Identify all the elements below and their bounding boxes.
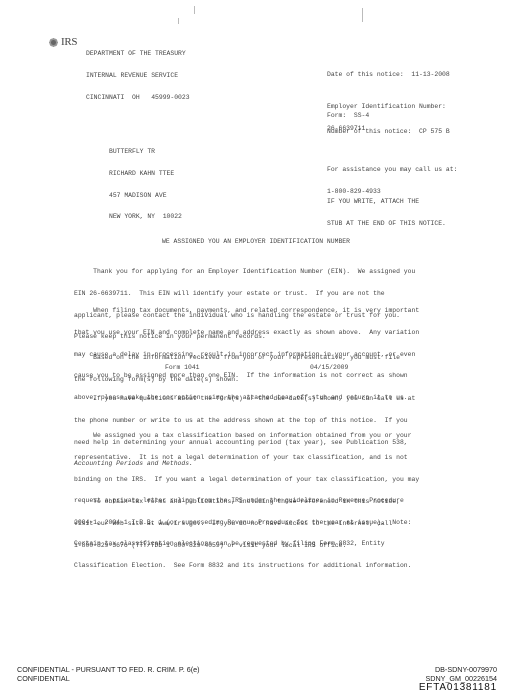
scan-artifact <box>194 6 195 14</box>
recipient-line: BUTTERFLY TR <box>109 148 182 155</box>
filing-form: Form 1041 <box>165 364 200 371</box>
efta-id: EFTA01381181 <box>419 683 497 692</box>
text-line: If you have questions about the form(s) … <box>74 395 494 402</box>
notice-date: Date of this notice: 11-13-2008 <box>327 71 450 78</box>
confidentiality-line: CONFIDENTIAL <box>17 674 200 683</box>
scan-artifact <box>362 8 363 22</box>
form-label: Form: <box>327 112 346 119</box>
write-instruction-line: IF YOU WRITE, ATTACH THE <box>327 198 446 205</box>
notice-date-label: Date of this notice: <box>327 71 404 78</box>
text-line: To obtain tax forms and publications, in… <box>74 498 494 505</box>
text-line: Classification Election. See Form 8832 a… <box>74 562 494 569</box>
agency-line: CINCINNATI OH 45999-0023 <box>86 94 190 101</box>
text-line: When filing tax documents, payments, and… <box>74 307 494 314</box>
irs-logo-text: IRS <box>61 36 77 48</box>
bates-footer: DB-SDNY-0079970 SDNY_GM_00226154 EFTA013… <box>419 665 497 692</box>
agency-line: INTERNAL REVENUE SERVICE <box>86 72 190 79</box>
text-line: 1-800-829-3676 (TTY/TDD 1-800-829-4059) … <box>74 542 494 549</box>
ein-label: Employer Identification Number: <box>327 103 446 110</box>
confidentiality-footer: CONFIDENTIAL - PURSUANT TO FED. R. CRIM.… <box>17 665 200 683</box>
write-instruction: IF YOU WRITE, ATTACH THE STUB AT THE END… <box>327 184 446 234</box>
eagle-seal-icon <box>48 38 59 47</box>
irs-logo: IRS <box>48 36 77 48</box>
filing-due-date: 04/15/2009 <box>310 364 348 371</box>
notice-number-label: Number of this notice: <box>327 128 411 135</box>
text-line: visit our Web site at www.irs.gov. If yo… <box>74 520 494 527</box>
write-instruction-line: STUB AT THE END OF THIS NOTICE. <box>327 220 446 227</box>
assistance-label: For assistance you may call us at: <box>327 166 457 173</box>
text-line: We assigned you a tax classification bas… <box>74 432 494 439</box>
recipient-line: RICHARD KAHN TTEE <box>109 170 182 177</box>
form-value: SS-4 <box>354 112 369 119</box>
recipient-address: BUTTERFLY TR RICHARD KAHN TTEE 457 MADIS… <box>109 134 182 228</box>
agency-address: DEPARTMENT OF THE TREASURY INTERNAL REVE… <box>86 36 190 108</box>
form-line: Form: SS-4 <box>327 112 369 119</box>
scan-artifact <box>178 18 179 24</box>
paragraph-tax-forms: To obtain tax forms and publications, in… <box>74 484 494 556</box>
confidentiality-line: CONFIDENTIAL - PURSUANT TO FED. R. CRIM.… <box>17 665 200 674</box>
text-line: representative. It is not a legal determ… <box>74 454 494 461</box>
bates-number: DB-SDNY-0079970 <box>419 665 497 674</box>
text-line: binding on the IRS. If you want a legal … <box>74 476 494 483</box>
notice-number-value: CP 575 B <box>419 128 450 135</box>
notice-heading: WE ASSIGNED YOU AN EMPLOYER IDENTIFICATI… <box>0 238 512 245</box>
notice-date-value: 11-13-2008 <box>411 71 449 78</box>
text-line: Thank you for applying for an Employer I… <box>74 268 494 275</box>
text-line: that you use your EIN and complete name … <box>74 329 494 336</box>
agency-line: DEPARTMENT OF THE TREASURY <box>86 50 190 57</box>
recipient-line: 457 MADISON AVE <box>109 192 182 199</box>
recipient-line: NEW YORK, NY 10022 <box>109 213 182 220</box>
text-line: Based on the information received from y… <box>74 354 494 361</box>
notice-number: Number of this notice: CP 575 B <box>327 128 450 135</box>
